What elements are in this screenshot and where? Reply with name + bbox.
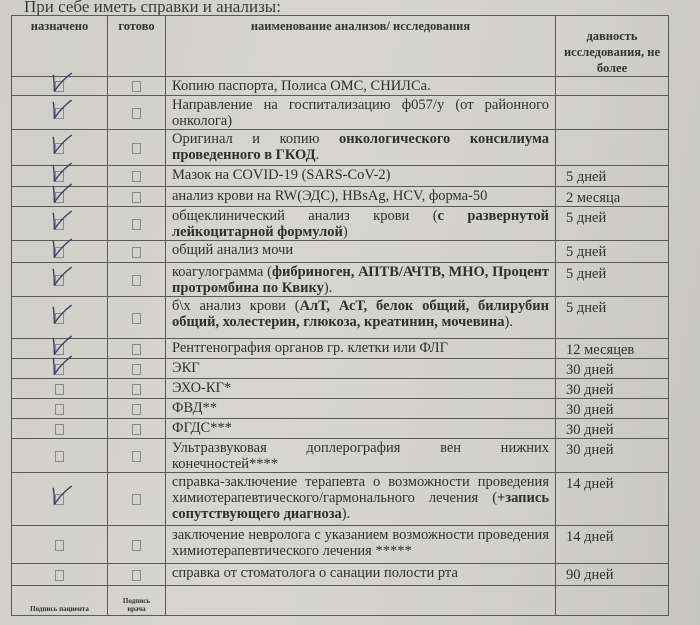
item-name-plain: ЭКГ [172, 360, 200, 376]
assigned-checkbox[interactable] [12, 359, 108, 379]
table-row: общий анализ мочи 5 дней [12, 241, 669, 263]
item-name: Ультразвуковая доплерография вен нижних … [166, 439, 556, 473]
item-duration [556, 130, 669, 166]
item-name-plain: Направление на госпитализацию ф057/у (от… [172, 97, 549, 129]
checkbox-icon [132, 451, 141, 462]
assigned-checkbox[interactable] [12, 77, 108, 96]
table-row: справка-заключение терапевта о возможнос… [12, 473, 669, 526]
checkbox-icon [132, 404, 141, 415]
handwritten-check-icon [48, 210, 74, 232]
checkbox-icon [55, 424, 64, 435]
handwritten-check-icon [48, 335, 74, 357]
checkbox-icon [132, 108, 141, 119]
item-duration: 30 дней [556, 359, 669, 379]
item-name-tail: ). [342, 506, 350, 522]
item-name: ЭХО-КГ* [166, 379, 556, 399]
signature-empty-cell [166, 586, 556, 616]
table-row: Оригинал и копию онкологического консили… [12, 130, 669, 166]
item-name-tail: ) [343, 224, 348, 240]
handwritten-check-icon [48, 485, 74, 507]
done-checkbox[interactable] [108, 241, 166, 263]
table-row: коагулограмма (фибриноген, АПТВ/АЧТВ, МН… [12, 263, 669, 297]
table-row: ЭХО-КГ* 30 дней [12, 379, 669, 399]
signature-empty-cell-2 [556, 586, 669, 616]
checkbox-icon [132, 344, 141, 355]
done-checkbox[interactable] [108, 207, 166, 241]
doctor-signature-cell[interactable]: Подпись врача [108, 586, 166, 616]
item-name-plain: Копию паспорта, Полиса ОМС, СНИЛСа. [172, 78, 431, 94]
item-duration: 5 дней [556, 297, 669, 339]
assigned-checkbox[interactable] [12, 419, 108, 439]
done-checkbox[interactable] [108, 473, 166, 526]
item-duration: 5 дней [556, 207, 669, 241]
checkbox-icon [132, 171, 141, 182]
table-row: Копию паспорта, Полиса ОМС, СНИЛСа. [12, 77, 669, 96]
done-checkbox[interactable] [108, 399, 166, 419]
checkbox-icon [132, 424, 141, 435]
item-name-plain: б\х анализ крови ( [172, 298, 300, 314]
item-name-plain: Ультразвуковая доплерография вен нижних … [172, 440, 549, 472]
checkbox-icon [55, 540, 64, 551]
item-duration: 30 дней [556, 379, 669, 399]
item-name: анализ крови на RW(ЭДС), HBsAg, HCV, фор… [166, 187, 556, 207]
item-duration [556, 96, 669, 130]
item-name: ФГДС*** [166, 419, 556, 439]
assigned-checkbox[interactable] [12, 130, 108, 166]
item-name: справка от стоматолога о санации полости… [166, 564, 556, 586]
handwritten-check-icon [48, 162, 74, 184]
handwritten-check-icon [48, 99, 74, 121]
item-name-plain: ФВД** [172, 400, 217, 416]
item-name-plain: Мазок на COVID-19 (SARS-CoV-2) [172, 167, 390, 183]
item-name: общий анализ мочи [166, 241, 556, 263]
checkbox-icon [132, 540, 141, 551]
header-done: готово [108, 16, 166, 77]
done-checkbox[interactable] [108, 439, 166, 473]
handwritten-check-icon [48, 72, 74, 94]
checkbox-icon [132, 81, 141, 92]
item-name: Рентгенография органов гр. клетки или ФЛ… [166, 339, 556, 359]
done-checkbox[interactable] [108, 263, 166, 297]
done-checkbox[interactable] [108, 564, 166, 586]
table-row: анализ крови на RW(ЭДС), HBsAg, HCV, фор… [12, 187, 669, 207]
done-checkbox[interactable] [108, 187, 166, 207]
item-name-plain: справка-заключение терапевта о возможнос… [172, 474, 549, 506]
item-duration: 30 дней [556, 439, 669, 473]
item-duration: 5 дней [556, 263, 669, 297]
checkbox-icon [132, 247, 141, 258]
item-duration: 5 дней [556, 166, 669, 187]
assigned-checkbox[interactable] [12, 187, 108, 207]
header-duration: давность исследования, не более [556, 16, 669, 77]
checklist-table: назначено готово наименование анализов/ … [11, 15, 669, 616]
item-name: ФВД** [166, 399, 556, 419]
assigned-checkbox[interactable] [12, 439, 108, 473]
table-row: заключение невролога с указанием возможн… [12, 526, 669, 564]
item-duration: 14 дней [556, 526, 669, 564]
done-checkbox[interactable] [108, 359, 166, 379]
item-name-tail: . [316, 147, 320, 163]
checkbox-icon [55, 570, 64, 581]
table-row: б\х анализ крови (АлТ, АсТ, белок общий,… [12, 297, 669, 339]
table-row: ФВД** 30 дней [12, 399, 669, 419]
header-name: наименование анализов/ исследования [166, 16, 556, 77]
item-name: общеклинический анализ крови (с разверну… [166, 207, 556, 241]
assigned-checkbox[interactable] [12, 526, 108, 564]
handwritten-check-icon [48, 183, 74, 205]
item-duration: 14 дней [556, 473, 669, 526]
table-row: ЭКГ 30 дней [12, 359, 669, 379]
done-checkbox[interactable] [108, 419, 166, 439]
done-checkbox[interactable] [108, 339, 166, 359]
done-checkbox[interactable] [108, 297, 166, 339]
table-row: Мазок на COVID-19 (SARS-CoV-2) 5 дней [12, 166, 669, 187]
checkbox-icon [55, 384, 64, 395]
item-duration: 5 дней [556, 241, 669, 263]
item-name: справка-заключение терапевта о возможнос… [166, 473, 556, 526]
item-name-plain: заключение невролога с указанием возможн… [172, 527, 549, 559]
header-assigned: назначено [12, 16, 108, 77]
checkbox-icon [132, 570, 141, 581]
item-name-plain: ФГДС*** [172, 420, 232, 436]
item-duration: 30 дней [556, 399, 669, 419]
done-checkbox[interactable] [108, 130, 166, 166]
done-checkbox[interactable] [108, 379, 166, 399]
item-name-plain: Оригинал и копию [172, 131, 339, 147]
assigned-checkbox[interactable] [12, 297, 108, 339]
checkbox-icon [132, 275, 141, 286]
checkbox-icon [55, 404, 64, 415]
table-row: Рентгенография органов гр. клетки или ФЛ… [12, 339, 669, 359]
done-checkbox[interactable] [108, 77, 166, 96]
item-name-plain: ЭХО-КГ* [172, 380, 231, 396]
checkbox-icon [132, 384, 141, 395]
checkbox-icon [132, 192, 141, 203]
item-duration [556, 77, 669, 96]
checkbox-icon [132, 143, 141, 154]
checkbox-icon [132, 219, 141, 230]
handwritten-check-icon [48, 304, 74, 326]
item-duration: 30 дней [556, 419, 669, 439]
checkbox-icon [55, 451, 64, 462]
handwritten-check-icon [48, 266, 74, 288]
item-name: коагулограмма (фибриноген, АПТВ/АЧТВ, МН… [166, 263, 556, 297]
done-checkbox[interactable] [108, 526, 166, 564]
assigned-checkbox[interactable] [12, 564, 108, 586]
done-checkbox[interactable] [108, 96, 166, 130]
item-name-plain: коагулограмма ( [172, 264, 272, 280]
item-name-plain: справка от стоматолога о санации полости… [172, 565, 458, 581]
table-row: Ультразвуковая доплерография вен нижних … [12, 439, 669, 473]
checkbox-icon [132, 364, 141, 375]
item-duration: 2 месяца [556, 187, 669, 207]
assigned-checkbox[interactable] [12, 96, 108, 130]
item-duration: 12 месяцев [556, 339, 669, 359]
assigned-checkbox[interactable] [12, 379, 108, 399]
item-name: Копию паспорта, Полиса ОМС, СНИЛСа. [166, 77, 556, 96]
item-name: ЭКГ [166, 359, 556, 379]
assigned-checkbox[interactable] [12, 207, 108, 241]
item-name-plain: общий анализ мочи [172, 242, 293, 258]
checkbox-icon [132, 494, 141, 505]
checkbox-icon [132, 313, 141, 324]
header-row: назначено готово наименование анализов/ … [12, 16, 669, 77]
item-name: заключение невролога с указанием возможн… [166, 526, 556, 564]
handwritten-check-icon [48, 238, 74, 260]
item-name-plain: анализ крови на RW(ЭДС), HBsAg, HCV, фор… [172, 188, 487, 204]
item-name: Мазок на COVID-19 (SARS-CoV-2) [166, 166, 556, 187]
table-row: ФГДС*** 30 дней [12, 419, 669, 439]
assigned-checkbox[interactable] [12, 241, 108, 263]
item-name-plain: Рентгенография органов гр. клетки или ФЛ… [172, 340, 448, 356]
table-row: Направление на госпитализацию ф057/у (от… [12, 96, 669, 130]
handwritten-check-icon [48, 355, 74, 377]
item-name: Направление на госпитализацию ф057/у (от… [166, 96, 556, 130]
patient-signature-cell[interactable]: Подпись пациента [12, 586, 108, 616]
item-name: б\х анализ крови (АлТ, АсТ, белок общий,… [166, 297, 556, 339]
item-name-tail: ). [324, 280, 332, 296]
handwritten-check-icon [48, 134, 74, 156]
item-name: Оригинал и копию онкологического консили… [166, 130, 556, 166]
assigned-checkbox[interactable] [12, 473, 108, 526]
table-row: общеклинический анализ крови (с разверну… [12, 207, 669, 241]
item-duration: 90 дней [556, 564, 669, 586]
assigned-checkbox[interactable] [12, 399, 108, 419]
signature-row: Подпись пациента Подпись врача [12, 586, 669, 616]
done-checkbox[interactable] [108, 166, 166, 187]
item-name-tail: ). [505, 314, 513, 330]
item-name-plain: общеклинический анализ крови ( [172, 208, 438, 224]
table-row: справка от стоматолога о санации полости… [12, 564, 669, 586]
assigned-checkbox[interactable] [12, 263, 108, 297]
